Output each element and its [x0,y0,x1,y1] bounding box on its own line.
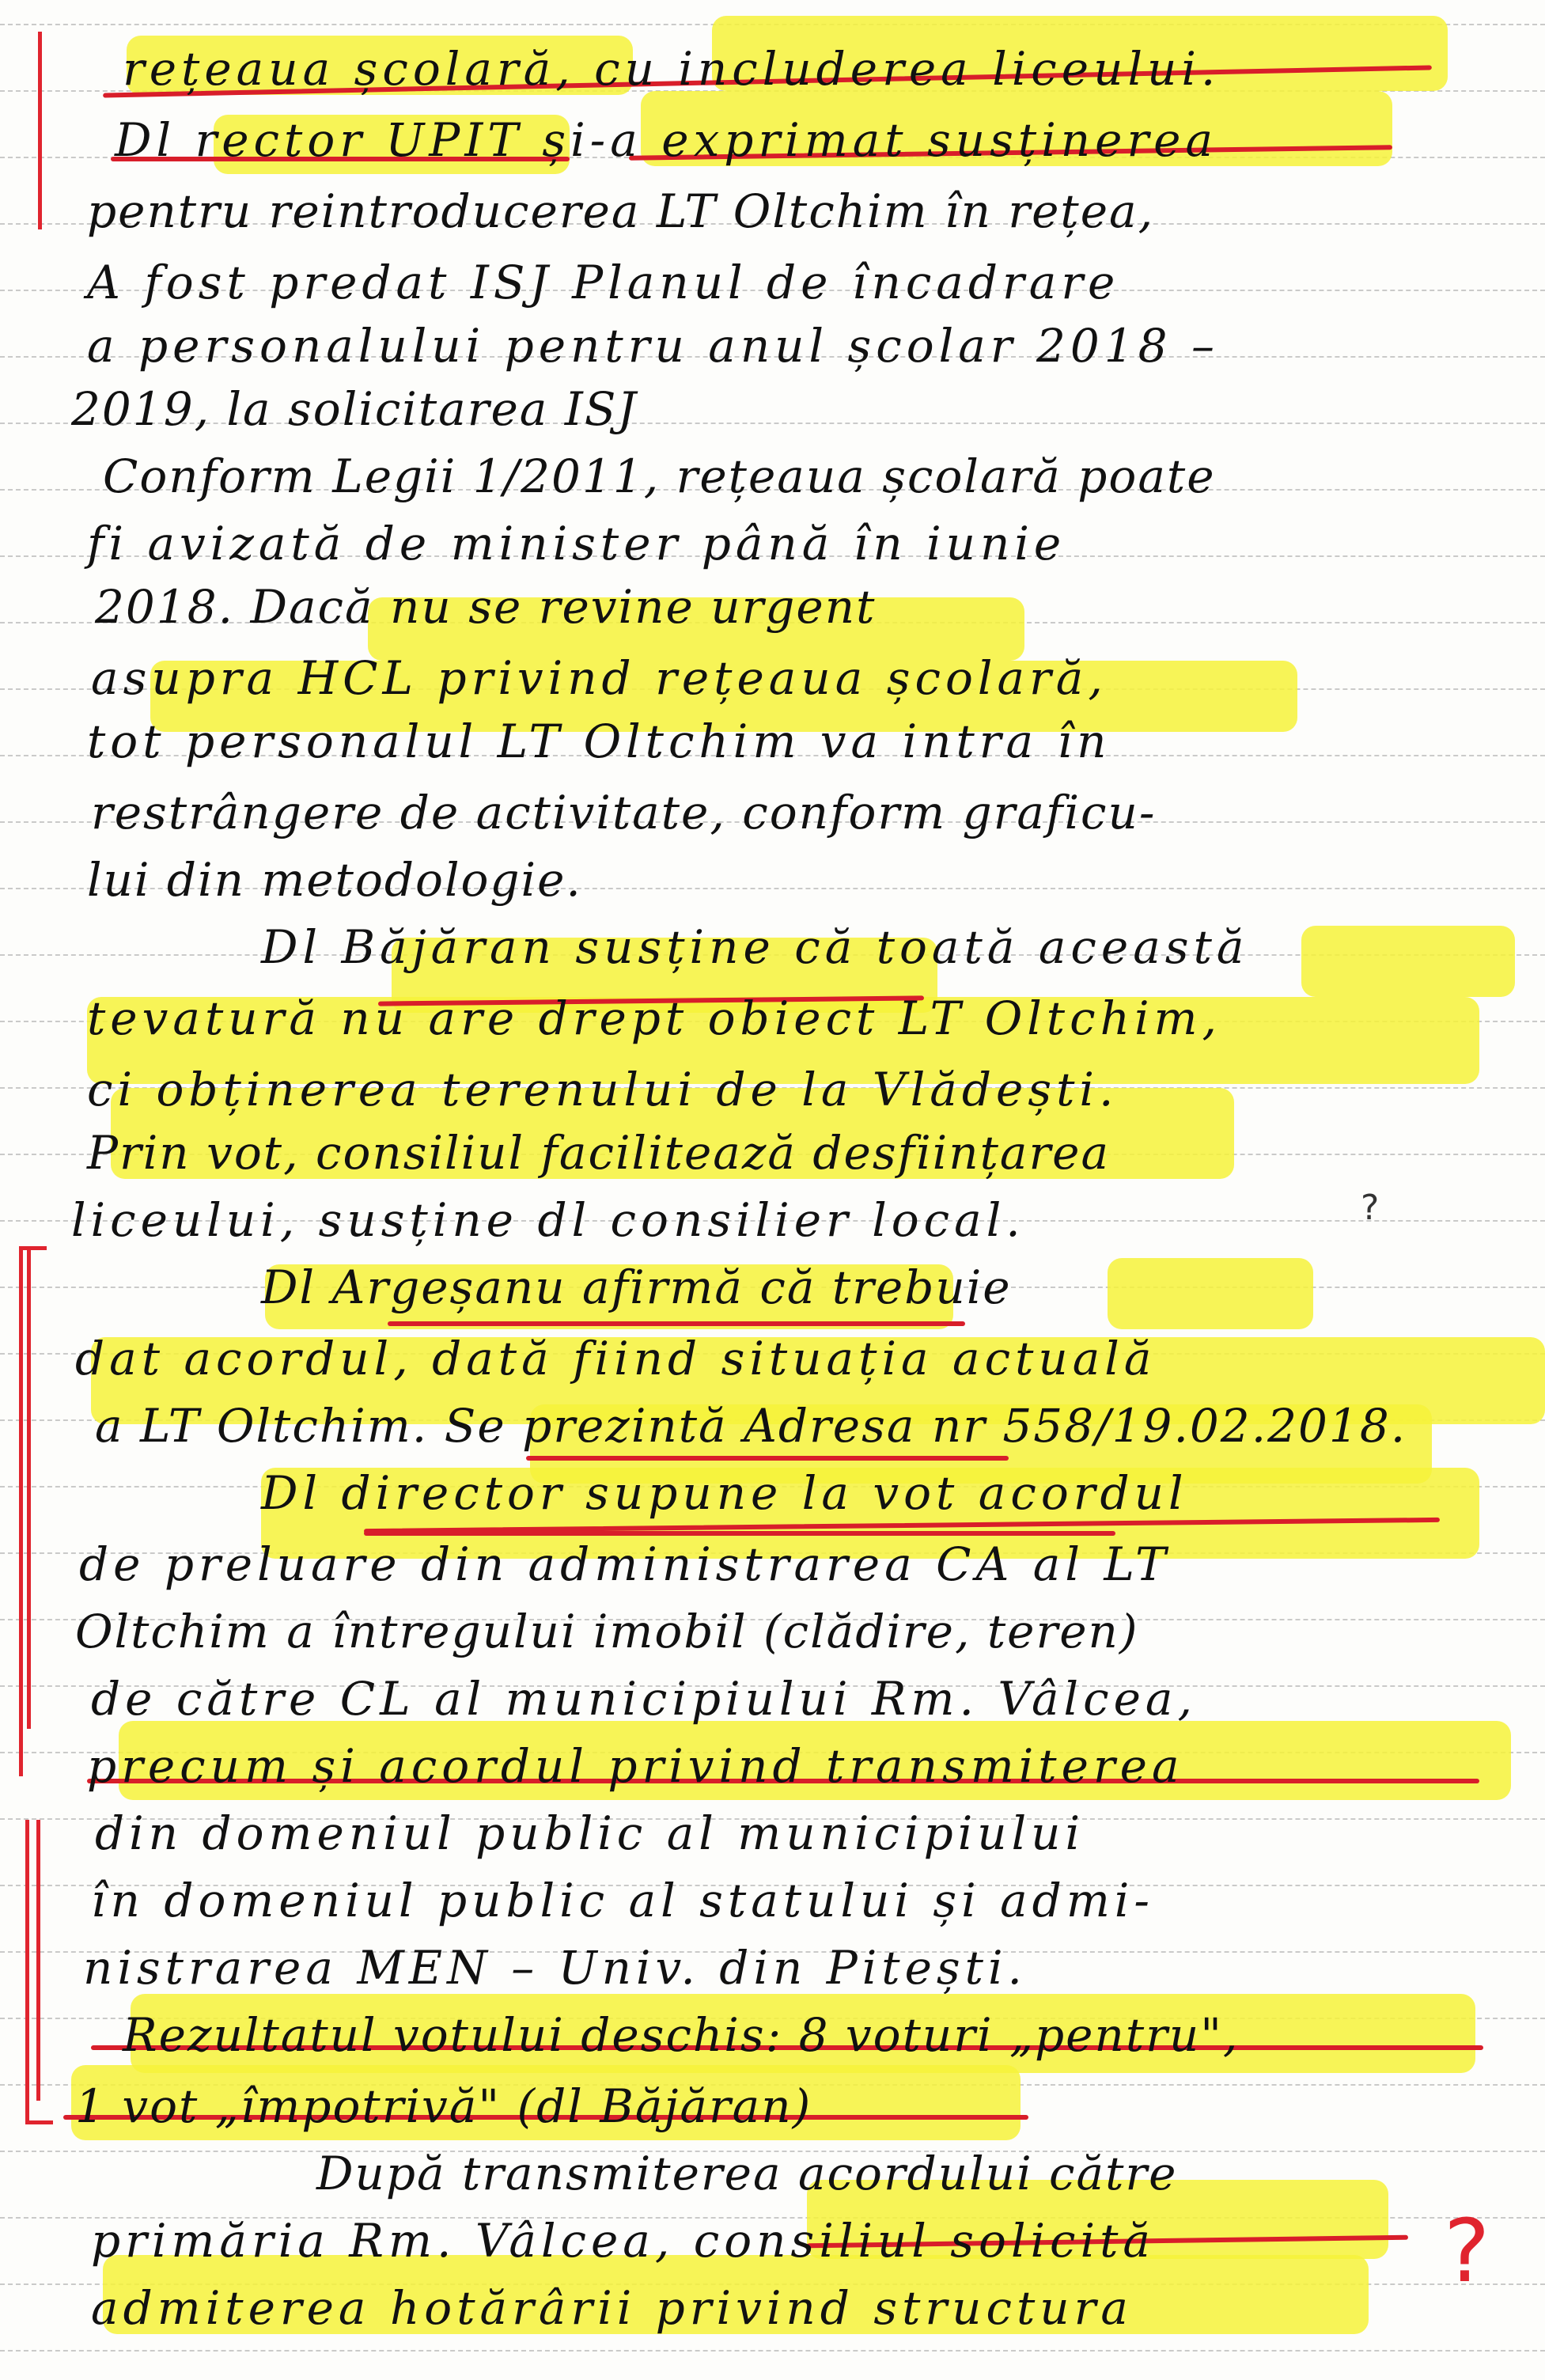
text-line: lui din metodologie. [0,843,1545,914]
text-line: în domeniul public al statului și admi- [0,1863,1545,1935]
line-text: asupra HCL privind rețeaua școlară, [91,655,1108,701]
line-text: tot personalul LT Oltchim va intra în [87,718,1111,764]
text-line: ci obținerea terenului de la Vlădești. [0,1052,1545,1124]
text-line: a personalului pentru anul școlar 2018 – [0,309,1545,380]
text-line: precum și acordul privind transmiterea [0,1729,1545,1800]
line-text: Prin vot, consiliul facilitează desființ… [87,1130,1110,1176]
line-text: 1 vot „împotrivă" (dl Băjăran) [75,2083,812,2129]
text-line: primăria Rm. Vâlcea, consiliul solicită [0,2204,1545,2275]
text-line: dat acordul, dată fiind situația actuală [0,1321,1545,1393]
text-line: A fost predat ISJ Planul de încadrare [0,245,1545,316]
text-line: restrângere de activitate, conform grafi… [0,775,1545,847]
red-question-mark: ? [1444,2208,1490,2295]
line-text: liceului, susține dl consilier local. [71,1197,1025,1243]
line-text: admiterea hotărârii privind structura [91,2285,1133,2331]
line-text: lui din metodologie. [87,857,582,903]
line-text: Rezultatul votului deschis: 8 voturi „pe… [123,2012,1239,2058]
line-text: pentru reintroducerea LT Oltchim în rețe… [87,188,1154,234]
text-line: de preluare din administrarea CA al LT [0,1527,1545,1598]
text-line: Rezultatul votului deschis: 8 voturi „pe… [0,1998,1545,2069]
line-text: restrângere de activitate, conform grafi… [91,790,1156,836]
text-line: Dl director supune la vot acordul [0,1456,1545,1527]
ruled-line [0,2350,1545,2352]
text-line: liceului, susține dl consilier local. [0,1183,1545,1254]
text-line: 2019, la solicitarea ISJ [0,372,1545,443]
text-line: rețeaua școlară, cu includerea liceului. [0,32,1545,103]
text-line: nistrarea MEN – Univ. din Pitești. [0,1931,1545,2002]
line-text: tevatură nu are drept obiect LT Oltchim, [87,995,1221,1041]
line-text: Dl rector UPIT și-a exprimat susținerea [115,117,1217,163]
line-text: a LT Oltchim. Se prezintă Adresa nr 558/… [95,1403,1407,1449]
text-line: Oltchim a întregului imobil (clădire, te… [0,1594,1545,1666]
text-line: tot personalul LT Oltchim va intra în [0,704,1545,775]
text-line: de către CL al municipiului Rm. Vâlcea, [0,1662,1545,1733]
text-line: fi avizată de minister până în iunie [0,506,1545,578]
text-line: Dl rector UPIT și-a exprimat susținerea [0,103,1545,174]
line-text: dat acordul, dată fiind situația actuală [75,1336,1156,1381]
text-line: Prin vot, consiliul facilitează desființ… [0,1116,1545,1187]
line-text: Oltchim a întregului imobil (clădire, te… [75,1609,1139,1654]
text-line: Dl Argeșanu afirmă că trebuie [0,1250,1545,1321]
notebook-page: rețeaua școlară, cu includerea liceului.… [0,0,1545,2380]
line-text: de către CL al municipiului Rm. Vâlcea, [91,1676,1197,1722]
text-line: pentru reintroducerea LT Oltchim în rețe… [0,174,1545,245]
small-question-mark: ? [1361,1191,1379,1226]
line-text: După transmiterea acordului către [316,2151,1177,2196]
line-text: Dl Argeșanu afirmă că trebuie [261,1264,1012,1310]
line-text: Dl director supune la vot acordul [261,1470,1188,1516]
line-text: primăria Rm. Vâlcea, consiliul solicită [91,2218,1155,2264]
text-line: a LT Oltchim. Se prezintă Adresa nr 558/… [0,1389,1545,1460]
text-line: Dl Băjăran susține că toată această [0,910,1545,981]
line-text: a personalului pentru anul școlar 2018 – [87,323,1219,369]
line-text: fi avizată de minister până în iunie [87,521,1066,567]
text-line: asupra HCL privind rețeaua școlară, [0,641,1545,712]
text-line: După transmiterea acordului către [0,2136,1545,2208]
text-line: 2018. Dacă nu se revine urgent [0,570,1545,641]
line-text: rețeaua școlară, cu includerea liceului. [123,46,1220,92]
line-text: 2018. Dacă nu se revine urgent [95,584,876,630]
line-text: Conform Legii 1/2011, rețeaua școlară po… [103,453,1216,499]
line-text: 2019, la solicitarea ISJ [71,386,638,432]
line-text: nistrarea MEN – Univ. din Pitești. [83,1945,1027,1991]
line-text: ci obținerea terenului de la Vlădești. [87,1067,1118,1112]
text-line: tevatură nu are drept obiect LT Oltchim, [0,981,1545,1052]
line-text: din domeniul public al municipiului [95,1810,1085,1856]
line-text: precum și acordul privind transmiterea [87,1743,1184,1789]
text-line: admiterea hotărârii privind structura [0,2271,1545,2342]
text-line: Conform Legii 1/2011, rețeaua școlară po… [0,439,1545,510]
line-text: A fost predat ISJ Planul de încadrare [87,260,1119,305]
text-line: din domeniul public al municipiului [0,1796,1545,1867]
line-text: Dl Băjăran susține că toată această [261,924,1248,970]
line-text: de preluare din administrarea CA al LT [79,1541,1171,1587]
text-line: 1 vot „împotrivă" (dl Băjăran) [0,2069,1545,2140]
line-text: în domeniul public al statului și admi- [91,1878,1154,1923]
